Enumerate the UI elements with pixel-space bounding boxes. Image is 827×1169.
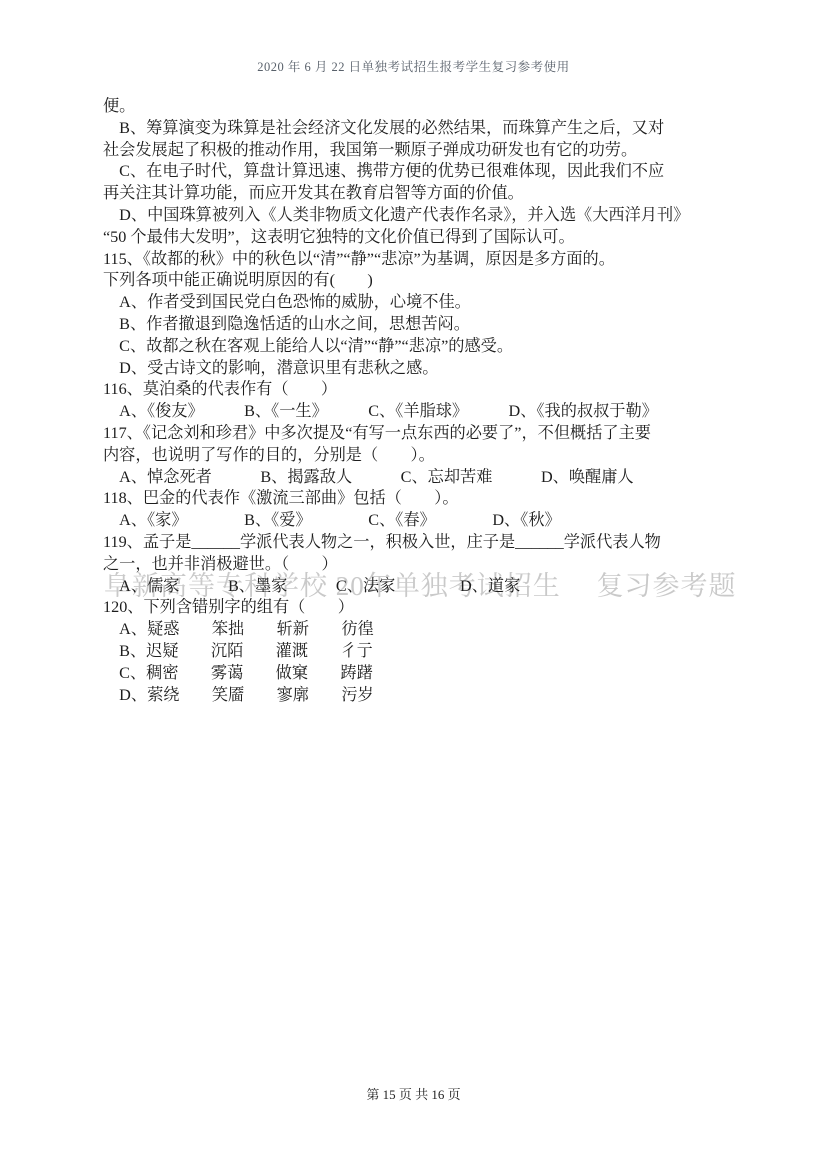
text-line: A、疑惑 笨拙 斩新 彷徨: [103, 619, 743, 641]
text-line: D、受古诗文的影响，潜意识里有悲秋之感。: [103, 358, 743, 380]
document-page: 2020 年 6 月 22 日单独考试招生报考学生复习参考使用 阜新高等专科学校…: [0, 0, 827, 1169]
text-line: 便。: [103, 96, 743, 118]
page-footer: 第 15 页 共 16 页: [0, 1084, 827, 1103]
text-line: 社会发展起了积极的推动作用，我国第一颗原子弹成功研发也有它的功劳。: [103, 140, 743, 162]
text-line: C、在电子时代，算盘计算迅速、携带方便的优势已很难体现，因此我们不应: [103, 161, 743, 183]
text-line: C、故都之秋在客观上能给人以“清”“静”“悲凉”的感受。: [103, 336, 743, 358]
text-line: 118、巴金的代表作《激流三部曲》包括（ ）。: [103, 488, 743, 510]
text-line: 内容，也说明了写作的目的，分别是（ ）。: [103, 445, 743, 467]
text-line: 之一，也并非消极避世。（ ）: [103, 554, 743, 576]
text-line: D、中国珠算被列入《人类非物质文化遗产代表作名录》，并入选《大西洋月刊》: [103, 205, 743, 227]
text-line: 120、下列含错别字的组有（ ）: [103, 597, 743, 619]
text-line: 再关注其计算功能，而应开发其在教育启智等方面的价值。: [103, 183, 743, 205]
text-line: 117、《记念刘和珍君》中多次提及“有写一点东西的必要了”，不但概括了主要: [103, 423, 743, 445]
text-line: 115、《故都的秋》中的秋色以“清”“静”“悲凉”为基调，原因是多方面的。: [103, 249, 743, 271]
text-line: A、《家》 B、《爱》 C、《春》 D、《秋》: [103, 510, 743, 532]
text-line: 119、孟子是______学派代表人物之一，积极入世，庄子是______学派代表…: [103, 532, 743, 554]
text-line: A、《俊友》 B、《一生》 C、《羊脂球》 D、《我的叔叔于勒》: [103, 401, 743, 423]
page-header: 2020 年 6 月 22 日单独考试招生报考学生复习参考使用: [0, 57, 827, 75]
text-line: A、儒家 B、墨家 C、法家 D、道家: [103, 576, 743, 598]
document-body: 便。 B、筹算演变为珠算是社会经济文化发展的必然结果，而珠算产生之后，又对 社会…: [103, 96, 743, 706]
text-line: A、作者受到国民党白色恐怖的威胁，心境不佳。: [103, 292, 743, 314]
text-line: 116、莫泊桑的代表作有（ ）: [103, 379, 743, 401]
text-line: D、萦绕 笑靥 寥廓 污岁: [103, 685, 743, 707]
text-line: A、悼念死者 B、揭露敌人 C、忘却苦难 D、唤醒庸人: [103, 467, 743, 489]
text-line: C、稠密 雾蔼 做窠 踌躇: [103, 663, 743, 685]
text-line: “50 个最伟大发明”，这表明它独特的文化价值已得到了国际认可。: [103, 227, 743, 249]
text-line: B、作者撤退到隐逸恬适的山水之间，思想苦闷。: [103, 314, 743, 336]
text-line: 下列各项中能正确说明原因的有( ): [103, 270, 743, 292]
text-line: B、迟疑 沉陌 灌溉 彳亍: [103, 641, 743, 663]
text-line: B、筹算演变为珠算是社会经济文化发展的必然结果，而珠算产生之后，又对: [103, 118, 743, 140]
